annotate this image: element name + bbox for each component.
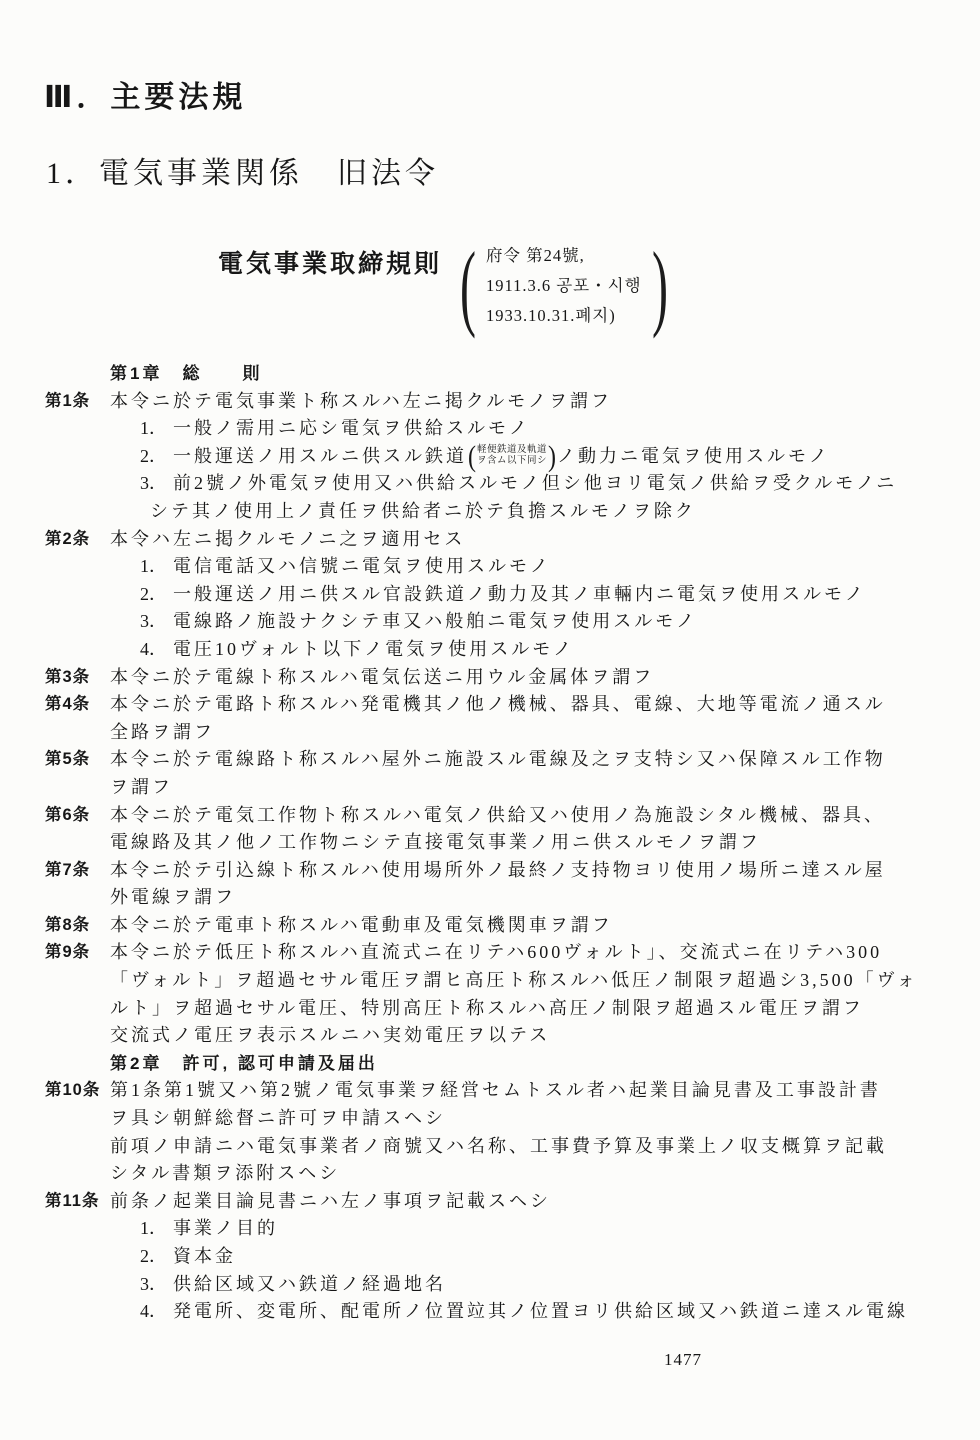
list-item: 4．電圧10ヴォルト以下ノ電気ヲ使用スルモノ [0, 636, 980, 664]
item-number: 2． [140, 581, 173, 609]
continuation-line: ヲ具シ朝鮮総督ニ許可ヲ申請スヘシ [0, 1105, 980, 1133]
item-text: 一般運送ノ用スルニ供スル鉄道 [173, 446, 467, 466]
article-label: 第8条 [45, 912, 90, 940]
article-text: 本令ニ於テ電線路ト称スルハ屋外ニ施設スル電線及之ヲ支特シ又ハ保障スル工作物 [110, 749, 886, 769]
inline-footnote-bottom: ヲ含ム以下同シ [477, 456, 547, 467]
continuation-line: シテ其ノ使用上ノ責任ヲ供給者ニ於テ負擔スルモノヲ除ク [0, 498, 980, 526]
continuation-text: ヲ具シ朝鮮総督ニ許可ヲ申請スヘシ [110, 1108, 446, 1128]
continuation-line: 「ヴォルト」ヲ超過セサル電圧ヲ謂ヒ高圧ト称スルハ低圧ノ制限ヲ超過シ3,500「ヴ… [0, 967, 980, 995]
regulation-title-block: 電気事業取締規則 ( 府令 第24號, 1911.3.6 공포・시행 1933.… [218, 240, 675, 332]
article-text: 第1条第1號又ハ第2號ノ電気事業ヲ経営セムトスル者ハ起業目論見書及工事設計書 [110, 1080, 881, 1100]
list-item: 1．電信電話又ハ信號ニ電気ヲ使用スルモノ [0, 553, 980, 581]
list-item: 2．資本金 [0, 1243, 980, 1271]
continuation-text: 「ヴォルト」ヲ超過セサル電圧ヲ謂ヒ高圧ト称スルハ低圧ノ制限ヲ超過シ3,500「ヴ… [110, 970, 918, 990]
list-item: 4．発電所、変電所、配電所ノ位置竝其ノ位置ヨリ供給区域又ハ鉄道ニ達スル電線 [0, 1298, 980, 1326]
inline-footnote-top: 軽便鉄道及軌道 [477, 445, 547, 456]
article-text: 本令ハ左ニ掲クルモノニ之ヲ適用セス [110, 529, 465, 549]
article-label: 第1条 [45, 388, 90, 416]
open-paren-glyph: ( [460, 240, 476, 332]
continuation-text: 電線路及其ノ他ノ工作物ニシテ直接電気事業ノ用ニ供スルモノヲ謂フ [110, 832, 761, 852]
item-text: 電線路ノ施設ナクシテ車又ハ般舶ニ電気ヲ使用スルモノ [173, 611, 697, 631]
article-row: 第9条本令ニ於テ低圧ト称スルハ直流式ニ在リテハ600ヴォルト」、交流式ニ在リテハ… [0, 939, 980, 967]
article-row: 第2条本令ハ左ニ掲クルモノニ之ヲ適用セス [0, 526, 980, 554]
regulation-title: 電気事業取締規則 [218, 244, 442, 280]
continuation-line: 電線路及其ノ他ノ工作物ニシテ直接電気事業ノ用ニ供スルモノヲ謂フ [0, 829, 980, 857]
continuation-line: 交流式ノ電圧ヲ表示スルニハ実効電圧ヲ以テス [0, 1022, 980, 1050]
item-number: 4． [140, 1298, 173, 1326]
article-text: 本令ニ於テ電線ト称スルハ電気伝送ニ用ウル金属体ヲ謂フ [110, 667, 654, 687]
article-text: 本令ニ於テ電車ト称スルハ電動車及電気機関車ヲ謂フ [110, 915, 613, 935]
inline-open-paren-glyph: ( [468, 443, 476, 470]
list-item: 3．電線路ノ施設ナクシテ車又ハ般舶ニ電気ヲ使用スルモノ [0, 608, 980, 636]
item-number: 2． [140, 443, 173, 471]
article-text: 本令ニ於テ電気事業ト称スルハ左ニ掲クルモノヲ謂フ [110, 391, 612, 411]
item-number: 1． [140, 1215, 173, 1243]
article-row: 第1条本令ニ於テ電気事業ト称スルハ左ニ掲クルモノヲ謂フ [0, 388, 980, 416]
article-label: 第10条 [45, 1077, 100, 1105]
item-text: 発電所、変電所、配電所ノ位置竝其ノ位置ヨリ供給区域又ハ鉄道ニ達スル電線 [173, 1301, 908, 1321]
article-text: 本令ニ於テ電気工作物ト称スルハ電気ノ供給又ハ使用ノ為施設シタル機械、器具、 [110, 805, 885, 825]
item-number: 1． [140, 553, 173, 581]
list-item: 2．一般運送ノ用スルニ供スル鉄道(軽便鉄道及軌道ヲ含ム以下同シ)ノ動力ニ電気ヲ使… [0, 443, 980, 471]
article-row: 第11条前条ノ起業目論見書ニハ左ノ事項ヲ記載スヘシ [0, 1188, 980, 1216]
item-text: 資本金 [173, 1246, 236, 1266]
article-row: 第6条本令ニ於テ電気工作物ト称スルハ電気ノ供給又ハ使用ノ為施設シタル機械、器具、 [0, 802, 980, 830]
continuation-line: シタル書類ヲ添附スヘシ [0, 1160, 980, 1188]
item-text-after-note: ノ動力ニ電気ヲ使用スルモノ [557, 446, 830, 466]
item-text: 事業ノ目的 [173, 1218, 278, 1238]
subsection-heading: 1．電気事業関係 旧法令 [46, 148, 439, 192]
item-text: 電圧10ヴォルト以下ノ電気ヲ使用スルモノ [173, 639, 574, 659]
continuation-text: 外電線ヲ謂フ [110, 887, 236, 907]
continuation-text: 前項ノ申請ニハ電気事業者ノ商號又ハ名称、工事費予算及事業上ノ収支概算ヲ記載 [110, 1136, 887, 1156]
continuation-text: シタル書類ヲ添附スヘシ [110, 1163, 340, 1183]
item-number: 3． [140, 470, 173, 498]
article-label: 第9条 [45, 939, 90, 967]
continuation-line: 全路ヲ謂フ [0, 719, 980, 747]
note-line: 府令 第24號, [486, 241, 642, 271]
item-number: 1． [140, 415, 173, 443]
article-label: 第6条 [45, 802, 90, 830]
continuation-text: シテ其ノ使用上ノ責任ヲ供給者ニ於テ負擔スルモノヲ除ク [150, 501, 696, 521]
item-number: 3． [140, 608, 173, 636]
list-item: 3．供給区域又ハ鉄道ノ経過地名 [0, 1271, 980, 1299]
continuation-line: ヲ謂フ [0, 774, 980, 802]
regulation-note-lines: 府令 第24號, 1911.3.6 공포・시행 1933.10.31.폐지) [486, 241, 642, 331]
item-number: 2． [140, 1243, 173, 1271]
page-number: 1477 [664, 1350, 702, 1370]
item-number: 3． [140, 1271, 173, 1299]
document-body: 第1章 総 則第1条本令ニ於テ電気事業ト称スルハ左ニ掲クルモノヲ謂フ1．一般ノ需… [0, 360, 980, 1326]
regulation-note: ( 府令 第24號, 1911.3.6 공포・시행 1933.10.31.폐지)… [452, 240, 675, 332]
chapter-heading-text: 第2章 許可, 認可申請及届出 [110, 1054, 378, 1073]
item-text: 電信電話又ハ信號ニ電気ヲ使用スルモノ [173, 556, 551, 576]
chapter-heading-text: 第1章 総 則 [110, 364, 262, 383]
inline-close-paren-glyph: ) [548, 443, 556, 470]
item-text: 供給区域又ハ鉄道ノ経過地名 [173, 1274, 446, 1294]
article-label: 第7条 [45, 857, 90, 885]
item-text: 前2號ノ外電気ヲ使用又ハ供給スルモノ但シ他ヨリ電気ノ供給ヲ受クルモノニ [173, 473, 897, 493]
inline-footnote: 軽便鉄道及軌道ヲ含ム以下同シ [477, 445, 547, 466]
note-line: 1911.3.6 공포・시행 [486, 271, 642, 301]
article-row: 第7条本令ニ於テ引込線ト称スルハ使用場所外ノ最終ノ支持物ヨリ使用ノ場所ニ達スル屋 [0, 857, 980, 885]
continuation-text: 交流式ノ電圧ヲ表示スルニハ実効電圧ヲ以テス [110, 1025, 550, 1045]
continuation-line: 外電線ヲ謂フ [0, 884, 980, 912]
continuation-line: ルト」ヲ超過セサル電圧、特別高圧ト称スルハ高圧ノ制限ヲ超過スル電圧ヲ謂フ [0, 995, 980, 1023]
chapter-heading: 第2章 許可, 認可申請及届出 [0, 1050, 980, 1078]
item-text: 一般ノ需用ニ応シ電気ヲ供給スルモノ [173, 418, 530, 438]
list-item: 1．一般ノ需用ニ応シ電気ヲ供給スルモノ [0, 415, 980, 443]
article-label: 第4条 [45, 691, 90, 719]
article-label: 第2条 [45, 526, 90, 554]
continuation-text: 全路ヲ謂フ [110, 722, 215, 742]
article-row: 第8条本令ニ於テ電車ト称スルハ電動車及電気機関車ヲ謂フ [0, 912, 980, 940]
chapter-heading: 第1章 総 則 [0, 360, 980, 388]
article-row: 第4条本令ニ於テ電路ト称スルハ発電機其ノ他ノ機械、器具、電線、大地等電流ノ通スル [0, 691, 980, 719]
close-paren-glyph: ) [652, 240, 668, 332]
article-text: 本令ニ於テ電路ト称スルハ発電機其ノ他ノ機械、器具、電線、大地等電流ノ通スル [110, 694, 886, 714]
list-item: 3．前2號ノ外電気ヲ使用又ハ供給スルモノ但シ他ヨリ電気ノ供給ヲ受クルモノニ [0, 470, 980, 498]
article-label: 第3条 [45, 664, 90, 692]
item-text: 一般運送ノ用ニ供スル官設鉄道ノ動力及其ノ車輛内ニ電気ヲ使用スルモノ [173, 584, 866, 604]
article-text: 前条ノ起業目論見書ニハ左ノ事項ヲ記載スヘシ [110, 1191, 551, 1211]
article-label: 第5条 [45, 746, 90, 774]
continuation-text: ヲ謂フ [110, 777, 173, 797]
list-item: 2．一般運送ノ用ニ供スル官設鉄道ノ動力及其ノ車輛内ニ電気ヲ使用スルモノ [0, 581, 980, 609]
continuation-text: ルト」ヲ超過セサル電圧、特別高圧ト称スルハ高圧ノ制限ヲ超過スル電圧ヲ謂フ [110, 998, 864, 1018]
section-heading: Ⅲ．主要法規 [44, 72, 246, 116]
article-row: 第5条本令ニ於テ電線路ト称スルハ屋外ニ施設スル電線及之ヲ支特シ又ハ保障スル工作物 [0, 746, 980, 774]
article-text: 本令ニ於テ低圧ト称スルハ直流式ニ在リテハ600ヴォルト」、交流式ニ在リテハ300 [110, 942, 882, 962]
continuation-line: 前項ノ申請ニハ電気事業者ノ商號又ハ名称、工事費予算及事業上ノ収支概算ヲ記載 [0, 1133, 980, 1161]
scanned-document-page: Ⅲ．主要法規 1．電気事業関係 旧法令 電気事業取締規則 ( 府令 第24號, … [0, 0, 980, 1440]
article-label: 第11条 [45, 1188, 99, 1216]
item-number: 4． [140, 636, 173, 664]
article-row: 第10条第1条第1號又ハ第2號ノ電気事業ヲ経営セムトスル者ハ起業目論見書及工事設… [0, 1077, 980, 1105]
list-item: 1．事業ノ目的 [0, 1215, 980, 1243]
article-row: 第3条本令ニ於テ電線ト称スルハ電気伝送ニ用ウル金属体ヲ謂フ [0, 664, 980, 692]
article-text: 本令ニ於テ引込線ト称スルハ使用場所外ノ最終ノ支持物ヨリ使用ノ場所ニ達スル屋 [110, 860, 886, 880]
note-line: 1933.10.31.폐지) [486, 301, 642, 331]
